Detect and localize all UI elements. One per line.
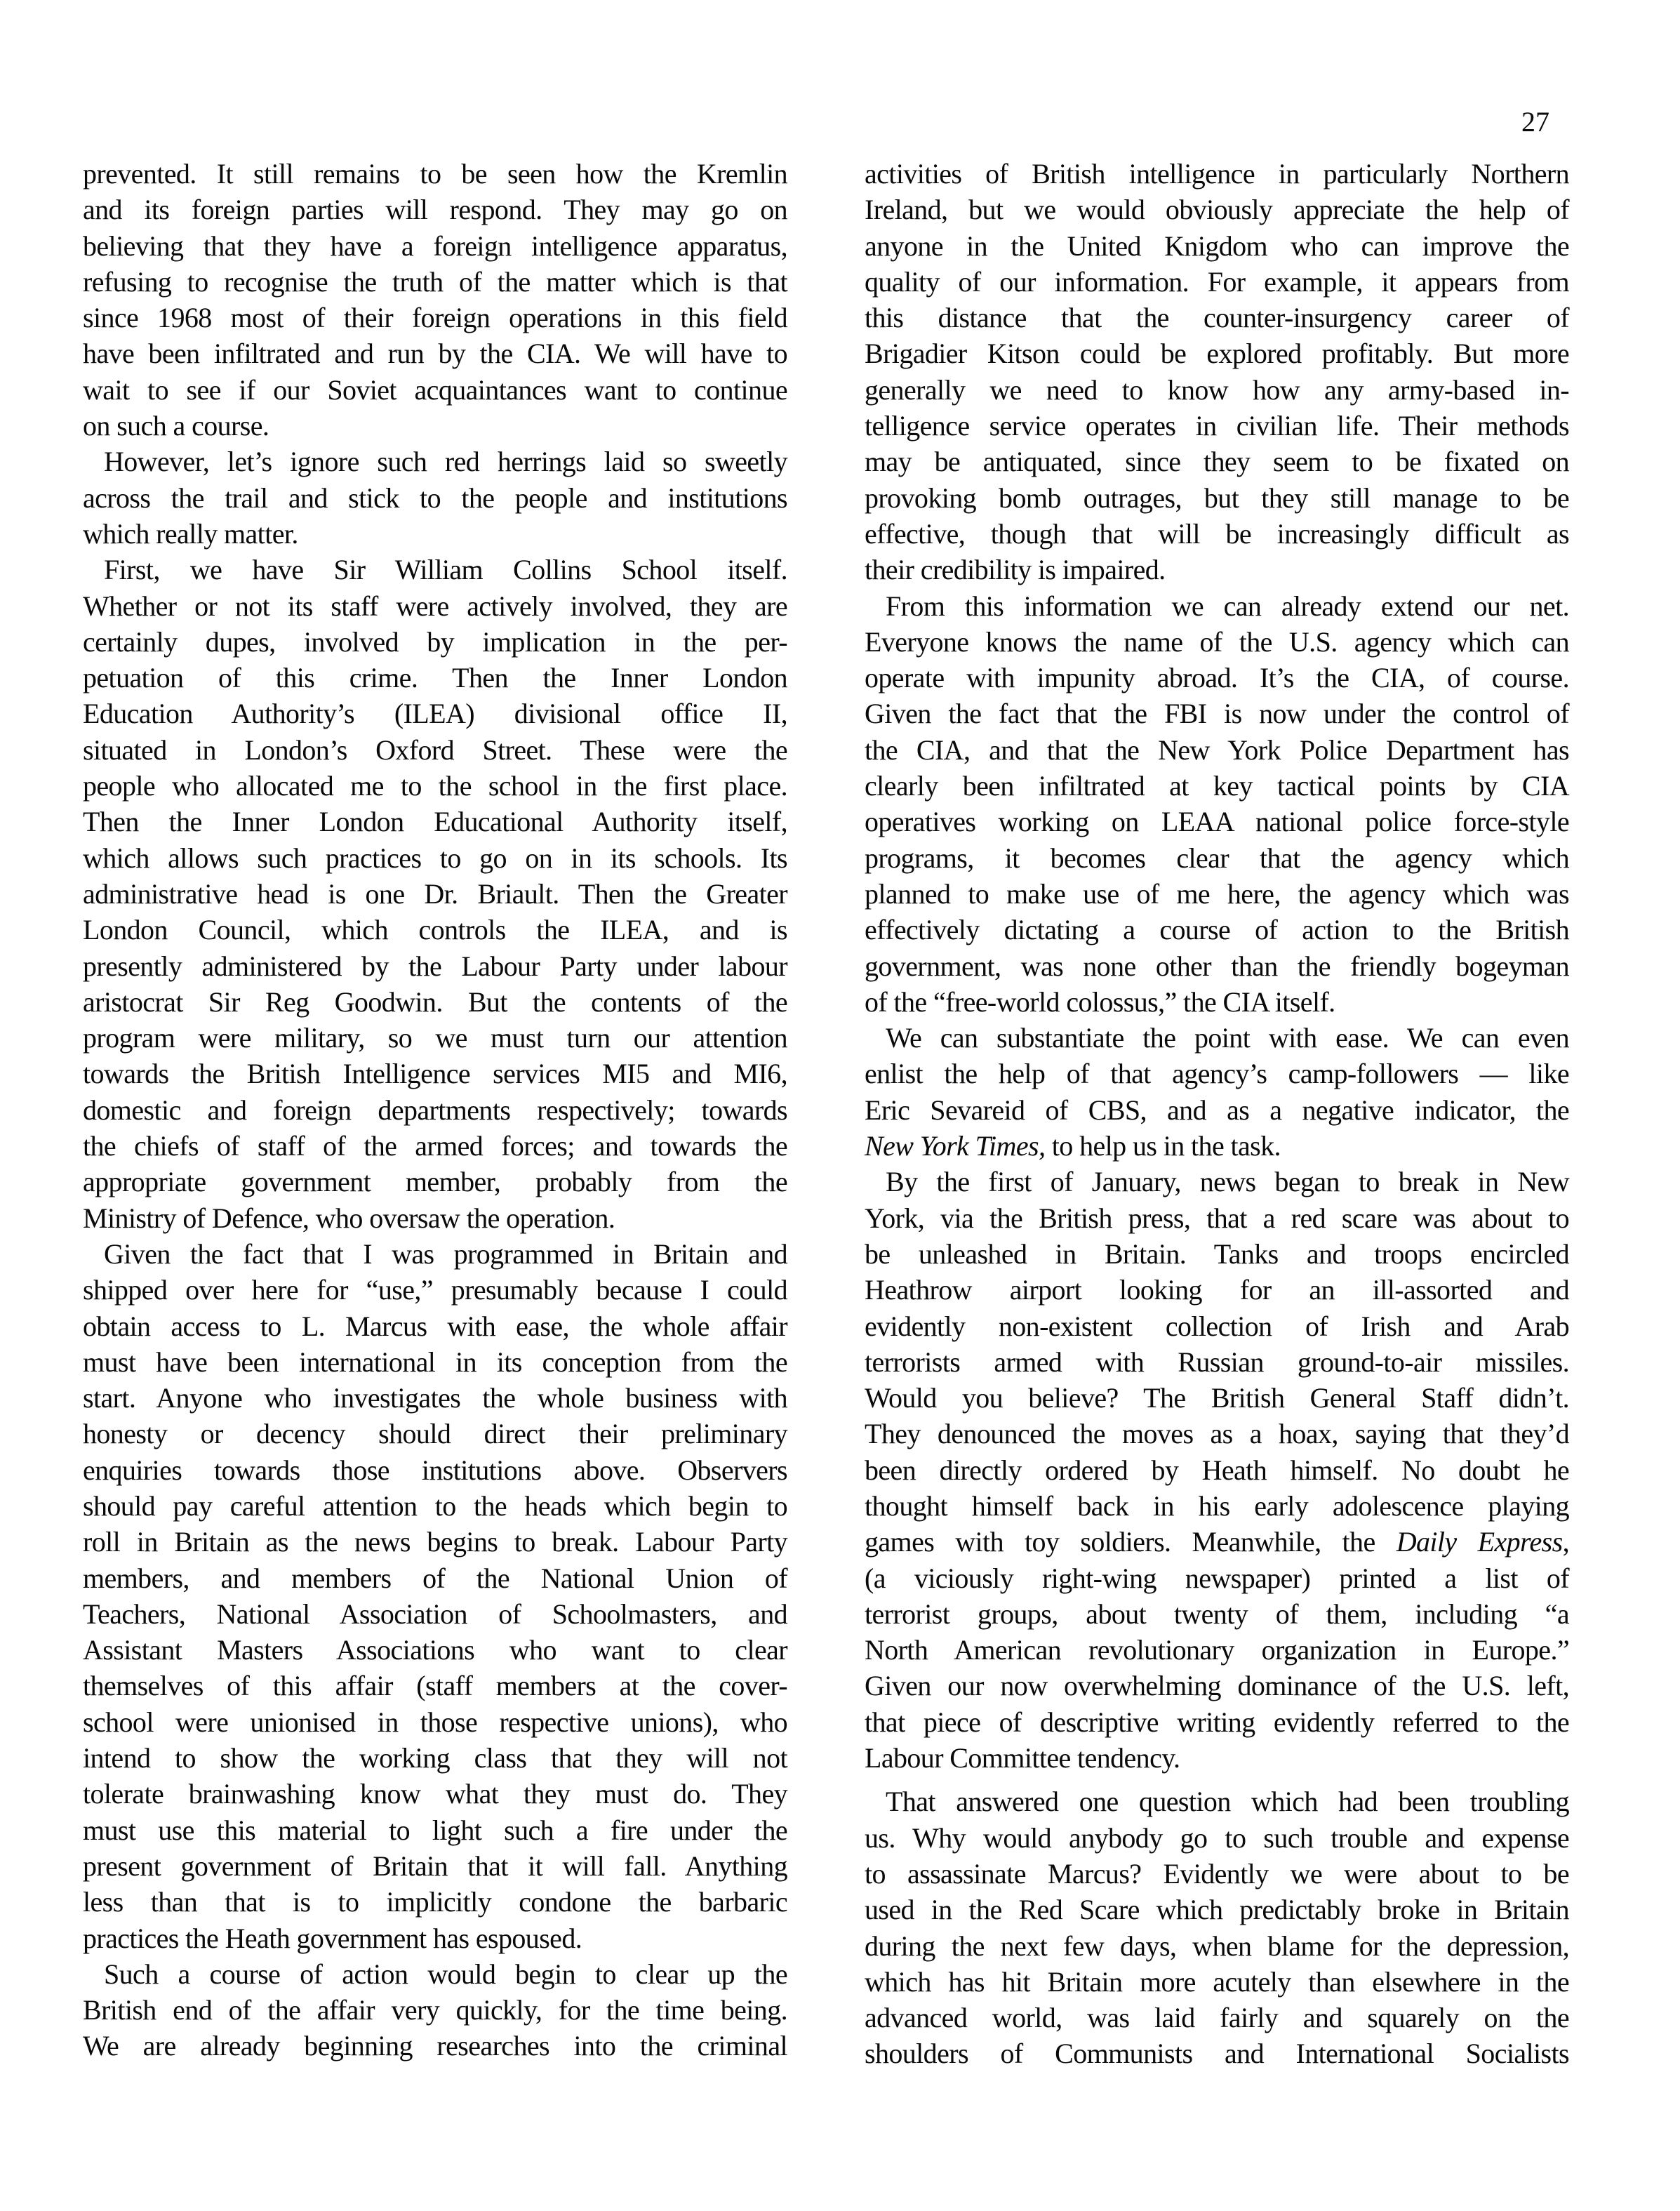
text-segment: games with toy soldiers. Meanwhile, the: [865, 1526, 1396, 1558]
text-line: generally we need to know how any army-b…: [865, 372, 1569, 408]
text-line: activities of British intelligence in pa…: [865, 156, 1569, 192]
text-line: shipped over here for “use,” presumably …: [83, 1272, 787, 1308]
text-line: must use this material to light such a f…: [83, 1812, 787, 1848]
paragraph: That answered one question which had bee…: [865, 1784, 1569, 2071]
text-line: their credibility is impaired.: [865, 552, 1569, 587]
text-line: during the next few days, when blame for…: [865, 1928, 1569, 1964]
text-line: tolerate brainwashing know what they mus…: [83, 1776, 787, 1812]
text-line: towards the British Intelligence service…: [83, 1056, 787, 1091]
text-line: aristocrat Sir Reg Goodwin. But the cont…: [83, 984, 787, 1020]
paragraph: Given the fact that I was programmed in …: [83, 1236, 787, 1956]
text-line: which has hit Britain more acutely than …: [865, 1964, 1569, 2000]
text-line: believing that they have a foreign intel…: [83, 228, 787, 264]
text-line: people who allocated me to the school in…: [83, 768, 787, 804]
text-line: situated in London’s Oxford Street. Thes…: [83, 732, 787, 768]
text-line: operate with impunity abroad. It’s the C…: [865, 660, 1569, 696]
text-line: on such a course.: [83, 408, 787, 444]
page-number: 27: [1521, 105, 1549, 139]
text-line: us. Why would anybody go to such trouble…: [865, 1820, 1569, 1856]
text-line: York, via the British press, that a red …: [865, 1200, 1569, 1236]
text-line: Labour Committee tendency.: [865, 1740, 1569, 1776]
paragraph: However, let’s ignore such red herrings …: [83, 444, 787, 552]
paragraph: prevented. It still remains to be seen h…: [83, 156, 787, 444]
text-line: domestic and foreign departments respect…: [83, 1092, 787, 1128]
text-line: terrorists armed with Russian ground-to-…: [865, 1344, 1569, 1380]
text-line: Given our now overwhelming dominance of …: [865, 1668, 1569, 1704]
text-line: members, and members of the National Uni…: [83, 1560, 787, 1596]
text-line: Given the fact that I was programmed in …: [83, 1236, 787, 1272]
text-line: Teachers, National Association of School…: [83, 1596, 787, 1632]
italic-title: Daily Express: [1396, 1526, 1563, 1558]
paragraph: We can substantiate the point with ease.…: [865, 1020, 1569, 1164]
paragraph: From this information we can already ext…: [865, 588, 1569, 1021]
text-line: Would you believe? The British General S…: [865, 1380, 1569, 1416]
text-line: By the first of January, news began to b…: [865, 1164, 1569, 1200]
text-line: Whether or not its staff were actively i…: [83, 588, 787, 624]
text-line: games with toy soldiers. Meanwhile, the …: [865, 1524, 1569, 1560]
right-column: activities of British intelligence in pa…: [865, 156, 1569, 2072]
text-line: refusing to recognise the truth of the m…: [83, 264, 787, 300]
text-line: effectively dictating a course of action…: [865, 912, 1569, 948]
text-line: British end of the affair very quickly, …: [83, 1992, 787, 2028]
text-line: the chiefs of staff of the armed forces;…: [83, 1128, 787, 1164]
text-line: intend to show the working class that th…: [83, 1740, 787, 1776]
text-line: advanced world, was laid fairly and squa…: [865, 2000, 1569, 2036]
text-line: wait to see if our Soviet acquaintances …: [83, 372, 787, 408]
text-line: roll in Britain as the news begins to br…: [83, 1524, 787, 1560]
text-line: That answered one question which had bee…: [865, 1784, 1569, 1819]
text-line: Ireland, but we would obviously apprecia…: [865, 192, 1569, 227]
text-line: New York Times, to help us in the task.: [865, 1128, 1569, 1164]
paragraph: First, we have Sir William Collins Schoo…: [83, 552, 787, 1236]
text-line: school were unionised in those respectiv…: [83, 1704, 787, 1740]
text-line: quality of our information. For example,…: [865, 264, 1569, 300]
text-line: across the trail and stick to the people…: [83, 480, 787, 516]
text-line: which really matter.: [83, 516, 787, 552]
text-line: may be antiquated, since they seem to be…: [865, 444, 1569, 479]
paragraph-gap: [865, 1776, 1569, 1784]
text-line: honesty or decency should direct their p…: [83, 1416, 787, 1452]
text-line: have been infiltrated and run by the CIA…: [83, 336, 787, 371]
text-line: start. Anyone who investigates the whole…: [83, 1380, 787, 1416]
text-line: We can substantiate the point with ease.…: [865, 1020, 1569, 1056]
text-line: thought himself back in his early adoles…: [865, 1488, 1569, 1524]
text-line: programs, it becomes clear that the agen…: [865, 840, 1569, 876]
text-line: prevented. It still remains to be seen h…: [83, 156, 787, 192]
text-line: provoking bomb outrages, but they still …: [865, 480, 1569, 516]
text-line: themselves of this affair (staff members…: [83, 1668, 787, 1704]
text-line: We are already beginning researches into…: [83, 2028, 787, 2064]
text-line: to assassinate Marcus? Evidently we were…: [865, 1856, 1569, 1892]
text-line: been directly ordered by Heath himself. …: [865, 1452, 1569, 1488]
text-line: terrorist groups, about twenty of them, …: [865, 1596, 1569, 1632]
text-line: Ministry of Defence, who oversaw the ope…: [83, 1200, 787, 1236]
text-line: Assistant Masters Associations who want …: [83, 1632, 787, 1668]
text-line: telligence service operates in civilian …: [865, 408, 1569, 444]
text-line: present government of Britain that it wi…: [83, 1848, 787, 1884]
text-line: practices the Heath government has espou…: [83, 1920, 787, 1956]
text-line: North American revolutionary organizatio…: [865, 1632, 1569, 1668]
text-line: must have been international in its conc…: [83, 1344, 787, 1380]
text-line: (a viciously right-wing newspaper) print…: [865, 1560, 1569, 1596]
text-line: operatives working on LEAA national poli…: [865, 804, 1569, 839]
text-line: of the “free-world colossus,” the CIA it…: [865, 984, 1569, 1020]
text-line: petuation of this crime. Then the Inner …: [83, 660, 787, 696]
paragraph: Such a course of action would begin to c…: [83, 1956, 787, 2064]
text-line: government, was none other than the frie…: [865, 948, 1569, 984]
document-page: 27 prevented. It still remains to be see…: [0, 0, 1680, 2211]
text-line: since 1968 most of their foreign operati…: [83, 300, 787, 336]
text-segment: ,: [1563, 1526, 1569, 1558]
text-line: program were military, so we must turn o…: [83, 1020, 787, 1056]
left-column: prevented. It still remains to be seen h…: [83, 156, 787, 2064]
text-line: Given the fact that the FBI is now under…: [865, 696, 1569, 731]
text-line: Eric Sevareid of CBS, and as a negative …: [865, 1092, 1569, 1128]
text-line: However, let’s ignore such red herrings …: [83, 444, 787, 479]
paragraph: activities of British intelligence in pa…: [865, 156, 1569, 588]
text-segment: to help us in the task.: [1045, 1130, 1281, 1162]
text-line: anyone in the United Knigdom who can imp…: [865, 228, 1569, 264]
text-line: Brigadier Kitson could be explored profi…: [865, 336, 1569, 371]
text-line: enquiries towards those institutions abo…: [83, 1452, 787, 1488]
text-line: obtain access to L. Marcus with ease, th…: [83, 1308, 787, 1344]
text-line: planned to make use of me here, the agen…: [865, 876, 1569, 912]
text-line: used in the Red Scare which predictably …: [865, 1892, 1569, 1927]
paragraph: By the first of January, news began to b…: [865, 1164, 1569, 1776]
text-line: presently administered by the Labour Par…: [83, 948, 787, 984]
text-line: First, we have Sir William Collins Schoo…: [83, 552, 787, 587]
text-line: enlist the help of that agency’s camp-fo…: [865, 1056, 1569, 1091]
text-line: be unleashed in Britain. Tanks and troop…: [865, 1236, 1569, 1272]
text-line: Then the Inner London Educational Author…: [83, 804, 787, 839]
italic-title: New York Times,: [865, 1130, 1045, 1162]
text-line: clearly been infiltrated at key tactical…: [865, 768, 1569, 804]
text-line: that piece of descriptive writing eviden…: [865, 1704, 1569, 1740]
text-line: They denounced the moves as a hoax, sayi…: [865, 1416, 1569, 1452]
text-line: and its foreign parties will respond. Th…: [83, 192, 787, 227]
text-line: Heathrow airport looking for an ill-asso…: [865, 1272, 1569, 1308]
text-line: administrative head is one Dr. Briault. …: [83, 876, 787, 912]
text-line: Such a course of action would begin to c…: [83, 1956, 787, 1992]
text-line: evidently non-existent collection of Iri…: [865, 1308, 1569, 1344]
text-line: shoulders of Communists and Internationa…: [865, 2036, 1569, 2071]
text-line: Education Authority’s (ILEA) divisional …: [83, 696, 787, 731]
text-line: appropriate government member, probably …: [83, 1164, 787, 1200]
text-line: should pay careful attention to the head…: [83, 1488, 787, 1524]
text-line: London Council, which controls the ILEA,…: [83, 912, 787, 948]
text-line: less than that is to implicitly condone …: [83, 1884, 787, 1920]
text-line: this distance that the counter-insurgenc…: [865, 300, 1569, 336]
text-line: which allows such practices to go on in …: [83, 840, 787, 876]
text-line: certainly dupes, involved by implication…: [83, 624, 787, 660]
text-line: the CIA, and that the New York Police De…: [865, 732, 1569, 768]
text-line: Everyone knows the name of the U.S. agen…: [865, 624, 1569, 660]
text-line: effective, though that will be increasin…: [865, 516, 1569, 552]
text-line: From this information we can already ext…: [865, 588, 1569, 624]
